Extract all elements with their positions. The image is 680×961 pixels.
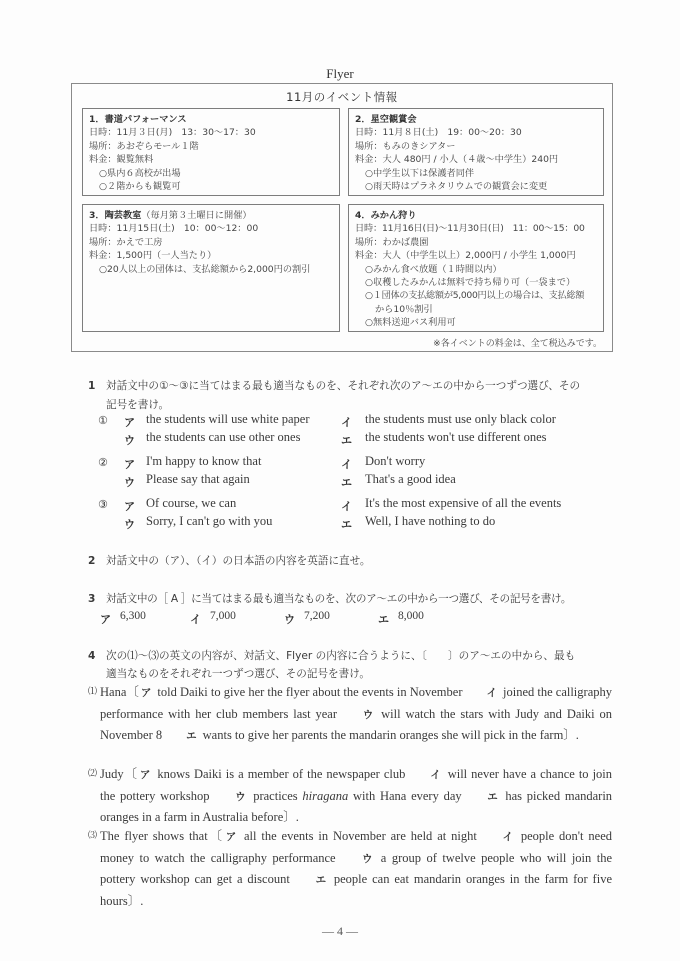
page-number: — 4 — xyxy=(0,924,680,939)
option-label: イ xyxy=(429,769,441,781)
event-note: ○20人以上の団体は、支払総額から2,000円の割引 xyxy=(89,263,333,276)
option-text: practices xyxy=(253,789,297,803)
event-calligraphy: 1．書道パフォーマンス 日時：11月３日(月) 13：30～17：30 場所：あ… xyxy=(82,108,340,196)
circled-marker: ① xyxy=(98,414,108,427)
event-fee: 料金：大人（中学生以上）2,000円 / 小学生 1,000円 xyxy=(355,249,597,262)
option-label: エ xyxy=(378,611,389,627)
option-text: the students must use only black color xyxy=(365,412,556,427)
q1-group-1-row-2: ウ the students can use other ones エ the … xyxy=(0,432,680,450)
q1-group-2-row-2: ウ Please say that again エ That's a good … xyxy=(0,474,680,492)
option-text: told Daiki to give her the flyer about t… xyxy=(157,685,462,699)
circled-marker: ③ xyxy=(98,498,108,511)
event-place: 場所：わかば農園 xyxy=(355,236,597,249)
event-place: 場所：かえで工房 xyxy=(89,236,333,249)
option-label: エ xyxy=(341,516,352,532)
question-text: 対話文中の（ア）、（イ）の日本語の内容を英語に直せ。 xyxy=(106,555,371,567)
option-label: イ xyxy=(501,831,515,843)
item-lead: The flyer shows that〔 xyxy=(100,829,224,843)
option-label: エ xyxy=(341,474,352,490)
question-4: 4次の⑴～⑶の英文の内容が、対話文、Flyer の内容に合うように、〔 〕のア～… xyxy=(88,648,628,681)
q1-group-3-row-2: ウ Sorry, I can't go with you エ Well, I h… xyxy=(0,516,680,534)
option-label: イ xyxy=(190,611,201,627)
option-label: ウ xyxy=(360,853,375,865)
event-note: ○県内６高校が出場 xyxy=(89,167,333,180)
option-text: Please say that again xyxy=(146,472,250,487)
event-note: ○雨天時はプラネタリウムでの観賞会に変更 xyxy=(355,180,597,193)
event-note: ○２階からも観覧可 xyxy=(89,180,333,193)
option-label: ア xyxy=(124,456,135,472)
tax-note: ※各イベントの料金は、全て税込みです。 xyxy=(433,336,602,349)
question-number: 4 xyxy=(88,650,106,662)
option-text: 7,200 xyxy=(304,610,330,622)
option-label: イ xyxy=(341,498,352,514)
option-label: イ xyxy=(341,456,352,472)
option-text: the students can use other ones xyxy=(146,430,300,445)
option-label: ア xyxy=(226,831,238,843)
event-title: 2．星空観賞会 xyxy=(355,113,597,126)
event-date: 日時：11月15日(土) 10：00～12：00 xyxy=(89,222,333,235)
q3-options: ア 6,300 イ 7,000 ウ 7,200 エ 8,000 xyxy=(0,611,680,629)
q1-group-1-row-1: ① ア the students will use white paper イ … xyxy=(0,414,680,432)
event-title: 1．書道パフォーマンス xyxy=(89,113,333,126)
option-text: Don't worry xyxy=(365,454,425,469)
option-label: イ xyxy=(341,414,352,430)
q4-item-3: ⑶ The flyer shows that〔アall the events i… xyxy=(100,826,612,911)
event-date: 日時：11月８日(土) 19：00～20：30 xyxy=(355,126,597,139)
event-fee: 料金：観覧無料 xyxy=(89,153,333,166)
event-note: ○１団体の支払総額が5,000円以上の場合は、支払総額 xyxy=(355,289,597,302)
event-fee: 料金：大人 480円 / 小人（４歳～中学生）240円 xyxy=(355,153,597,166)
option-label: ア xyxy=(124,414,135,430)
question-number: 2 xyxy=(88,555,106,567)
option-text: It's the most expensive of all the event… xyxy=(365,496,561,511)
option-label: ア xyxy=(140,769,151,781)
question-text-cont: 適当なものをそれぞれ一つずつ選び、その記号を書け。 xyxy=(88,666,628,681)
event-note: ○収穫したみかんは無料で持ち帰り可（一袋まで） xyxy=(355,276,597,289)
option-text: Sorry, I can't go with you xyxy=(146,514,272,529)
q4-item-2: ⑵ Judy〔アknows Daiki is a member of the n… xyxy=(100,764,612,828)
option-label: エ xyxy=(341,432,352,448)
event-date: 日時：11月３日(月) 13：30～17：30 xyxy=(89,126,333,139)
question-1: 1対話文中の①～③に当てはまる最も適当なものを、それぞれ次のア～エの中から一つず… xyxy=(88,378,618,412)
question-number: 3 xyxy=(88,593,106,605)
option-text: Of course, we can xyxy=(146,496,236,511)
question-text: 次の⑴～⑶の英文の内容が、対話文、Flyer の内容に合うように、〔 〕のア～エ… xyxy=(106,650,575,662)
item-number: ⑴ xyxy=(88,682,97,703)
option-label: エ xyxy=(314,874,328,886)
option-text: Well, I have nothing to do xyxy=(365,514,495,529)
event-title: 3．陶芸教室 xyxy=(89,210,141,221)
option-label: ウ xyxy=(124,516,135,532)
option-text-italic: hiragana xyxy=(302,789,348,803)
item-lead: Judy〔 xyxy=(100,767,138,781)
option-text: I'm happy to know that xyxy=(146,454,261,469)
option-label: ア xyxy=(124,498,135,514)
event-note-continued: から10％割引 xyxy=(355,303,597,316)
option-text: 8,000 xyxy=(398,610,424,622)
question-3: 3対話文中の［ A ］に当てはまる最も適当なものを、次のア～エの中から一つ選び、… xyxy=(88,591,648,606)
flyer-title: Flyer xyxy=(0,66,680,82)
option-label: イ xyxy=(487,687,498,699)
q1-group-3-row-1: ③ ア Of course, we can イ It's the most ex… xyxy=(0,498,680,516)
option-text: all the events in November are held at n… xyxy=(244,829,477,843)
option-text: That's a good idea xyxy=(365,472,456,487)
q1-group-2-row-1: ② ア I'm happy to know that イ Don't worry xyxy=(0,456,680,474)
option-label: ウ xyxy=(233,791,247,803)
option-label: ウ xyxy=(124,474,135,490)
event-place: 場所：もみのきシアター xyxy=(355,140,597,153)
circled-marker: ② xyxy=(98,456,108,469)
question-text-cont: 記号を書け。 xyxy=(88,397,618,412)
event-pottery: 3．陶芸教室（毎月第３土曜日に開催） 日時：11月15日(土) 10：00～12… xyxy=(82,204,340,332)
question-2: 2対話文中の（ア）、（イ）の日本語の内容を英語に直せ。 xyxy=(88,553,618,568)
option-text: knows Daiki is a member of the newspaper… xyxy=(157,767,405,781)
event-mandarin-picking: 4．みかん狩り 日時：11月16日(日)～11月30日(日) 11：00～15：… xyxy=(348,204,604,332)
option-label: ア xyxy=(141,687,152,699)
flyer-box: 11月のイベント情報 1．書道パフォーマンス 日時：11月３日(月) 13：30… xyxy=(71,83,613,352)
option-text: 7,000 xyxy=(210,610,236,622)
option-label: エ xyxy=(486,791,500,803)
event-date: 日時：11月16日(日)～11月30日(日) 11：00～15：00 xyxy=(355,222,597,235)
event-info-header: 11月のイベント情報 xyxy=(72,89,612,105)
option-text: 6,300 xyxy=(120,610,146,622)
option-text-cont: with Hana every day xyxy=(353,789,462,803)
event-note: ○みかん食べ放題（１時間以内） xyxy=(355,263,597,276)
event-subtitle: （毎月第３土曜日に開催） xyxy=(141,210,251,221)
question-text: 対話文中の［ A ］に当てはまる最も適当なものを、次のア～エの中から一つ選び、そ… xyxy=(106,593,571,605)
item-lead: Hana〔 xyxy=(100,685,139,699)
item-number: ⑶ xyxy=(88,826,97,847)
event-place: 場所：あおぞらモール１階 xyxy=(89,140,333,153)
event-note: ○無料送迎バス利用可 xyxy=(355,316,597,329)
question-text: 対話文中の①～③に当てはまる最も適当なものを、それぞれ次のア～エの中から一つずつ… xyxy=(106,380,580,392)
event-fee: 料金：1,500円（一人当たり） xyxy=(89,249,333,262)
option-label: ウ xyxy=(361,709,375,721)
option-label: エ xyxy=(186,730,197,742)
event-stargazing: 2．星空観賞会 日時：11月８日(土) 19：00～20：30 場所：もみのきシ… xyxy=(348,108,604,196)
q4-item-1: ⑴ Hana〔アtold Daiki to give her the flyer… xyxy=(100,682,612,747)
event-title: 4．みかん狩り xyxy=(355,209,597,222)
question-number: 1 xyxy=(88,380,106,392)
option-text: wants to give her parents the mandarin o… xyxy=(203,728,579,742)
option-text: the students won't use different ones xyxy=(365,430,547,445)
option-label: ウ xyxy=(124,432,135,448)
option-text: the students will use white paper xyxy=(146,412,310,427)
item-number: ⑵ xyxy=(88,764,97,785)
event-note: ○中学生以下は保護者同伴 xyxy=(355,167,597,180)
option-label: ア xyxy=(100,611,111,627)
option-label: ウ xyxy=(284,611,295,627)
